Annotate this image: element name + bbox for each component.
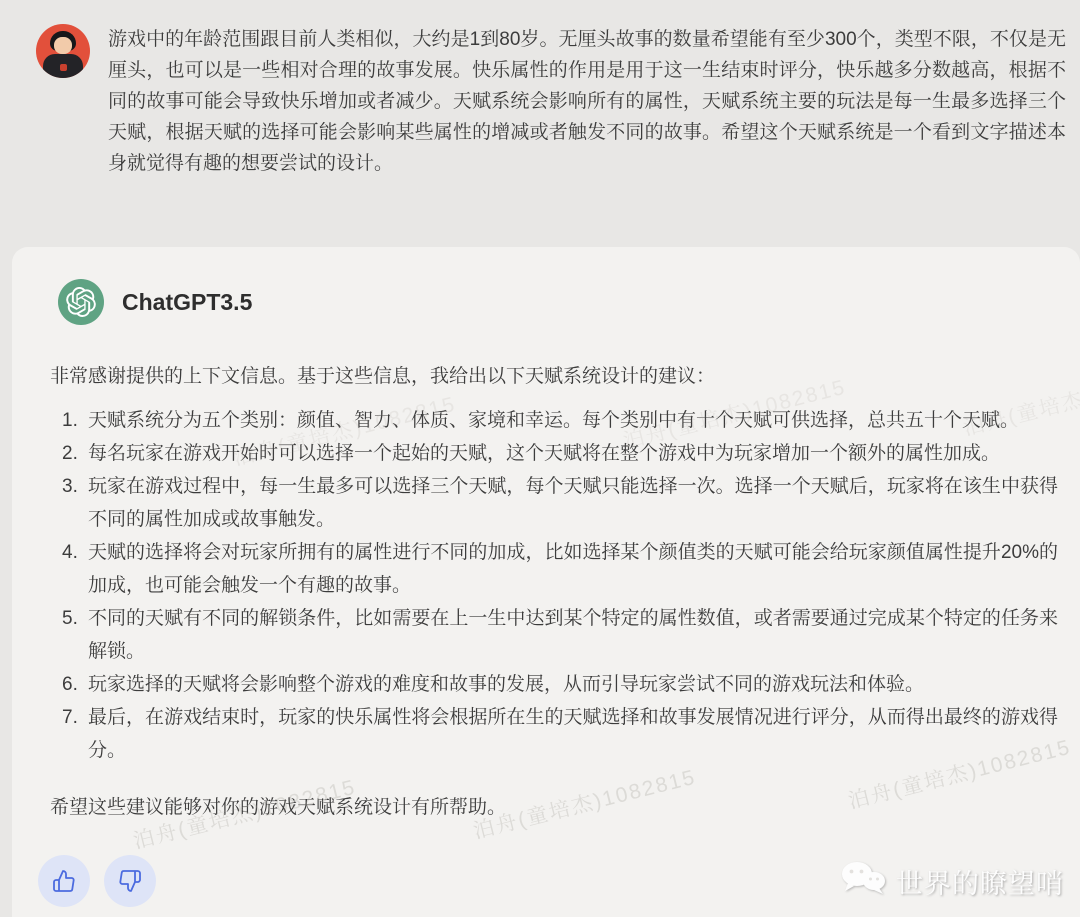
advice-item-number: 2. (62, 437, 88, 470)
feedback-buttons (38, 855, 156, 907)
message-footer: 世界的瞭望哨 (38, 853, 1064, 909)
assistant-name: ChatGPT3.5 (122, 289, 252, 316)
assistant-intro: 非常感谢提供的上下文信息。基于这些信息，我给出以下天赋系统设计的建议： (50, 361, 1058, 393)
user-message-text: 游戏中的年龄范围跟目前人类相似，大约是1到80岁。无厘头故事的数量希望能有至少3… (108, 24, 1066, 179)
advice-item-text: 天赋系统分为五个类别：颜值、智力、体质、家境和幸运。每个类别中有十个天赋可供选择… (88, 404, 1058, 437)
advice-item-number: 4. (62, 536, 88, 602)
advice-item-text: 每名玩家在游戏开始时可以选择一个起始的天赋，这个天赋将在整个游戏中为玩家增加一个… (88, 437, 1058, 470)
wechat-account-name: 世界的瞭望哨 (896, 862, 1064, 901)
advice-item: 2. 每名玩家在游戏开始时可以选择一个起始的天赋，这个天赋将在整个游戏中为玩家增… (62, 437, 1058, 470)
advice-item-number: 3. (62, 470, 88, 536)
advice-item-text: 最后，在游戏结束时，玩家的快乐属性将会根据所在生的天赋选择和故事发展情况进行评分… (88, 701, 1058, 767)
advice-item-text: 不同的天赋有不同的解锁条件，比如需要在上一生中达到某个特定的属性数值，或者需要通… (88, 602, 1058, 668)
thumbs-up-button[interactable] (38, 855, 90, 907)
thumbs-down-icon (118, 869, 142, 893)
advice-item-number: 1. (62, 404, 88, 437)
avatar-emblem-shape (60, 64, 67, 71)
advice-item-number: 7. (62, 701, 88, 767)
advice-item-number: 6. (62, 668, 88, 701)
thumbs-down-button[interactable] (104, 855, 156, 907)
assistant-closing: 希望这些建议能够对你的游戏天赋系统设计有所帮助。 (50, 792, 1058, 824)
user-avatar (36, 24, 90, 78)
thumbs-up-icon (52, 869, 76, 893)
wechat-icon (840, 860, 886, 903)
wechat-branding: 世界的瞭望哨 (840, 860, 1064, 903)
advice-item: 1. 天赋系统分为五个类别：颜值、智力、体质、家境和幸运。每个类别中有十个天赋可… (62, 404, 1058, 437)
advice-item: 5. 不同的天赋有不同的解锁条件，比如需要在上一生中达到某个特定的属性数值，或者… (62, 602, 1058, 668)
assistant-message-card: ChatGPT3.5 非常感谢提供的上下文信息。基于这些信息，我给出以下天赋系统… (12, 247, 1080, 917)
chatgpt-logo-icon (58, 279, 104, 325)
advice-item-text: 天赋的选择将会对玩家所拥有的属性进行不同的加成，比如选择某个颜值类的天赋可能会给… (88, 536, 1058, 602)
advice-item-text: 玩家选择的天赋将会影响整个游戏的难度和故事的发展，从而引导玩家尝试不同的游戏玩法… (88, 668, 1058, 701)
advice-item: 4. 天赋的选择将会对玩家所拥有的属性进行不同的加成，比如选择某个颜值类的天赋可… (62, 536, 1058, 602)
user-message: 游戏中的年龄范围跟目前人类相似，大约是1到80岁。无厘头故事的数量希望能有至少3… (0, 0, 1080, 179)
advice-item-text: 玩家在游戏过程中，每一生最多可以选择三个天赋，每个天赋只能选择一次。选择一个天赋… (88, 470, 1058, 536)
avatar-face-shape (54, 37, 72, 54)
advice-item: 3. 玩家在游戏过程中，每一生最多可以选择三个天赋，每个天赋只能选择一次。选择一… (62, 470, 1058, 536)
advice-item: 6. 玩家选择的天赋将会影响整个游戏的难度和故事的发展，从而引导玩家尝试不同的游… (62, 668, 1058, 701)
assistant-header: ChatGPT3.5 (58, 279, 1058, 325)
advice-item: 7. 最后，在游戏结束时，玩家的快乐属性将会根据所在生的天赋选择和故事发展情况进… (62, 701, 1058, 767)
chat-page: 泊舟(童培杰)1082815 泊舟(童培杰)1082815 泊舟(童培杰)108… (0, 0, 1080, 917)
advice-list: 1. 天赋系统分为五个类别：颜值、智力、体质、家境和幸运。每个类别中有十个天赋可… (62, 404, 1058, 767)
advice-item-number: 5. (62, 602, 88, 668)
